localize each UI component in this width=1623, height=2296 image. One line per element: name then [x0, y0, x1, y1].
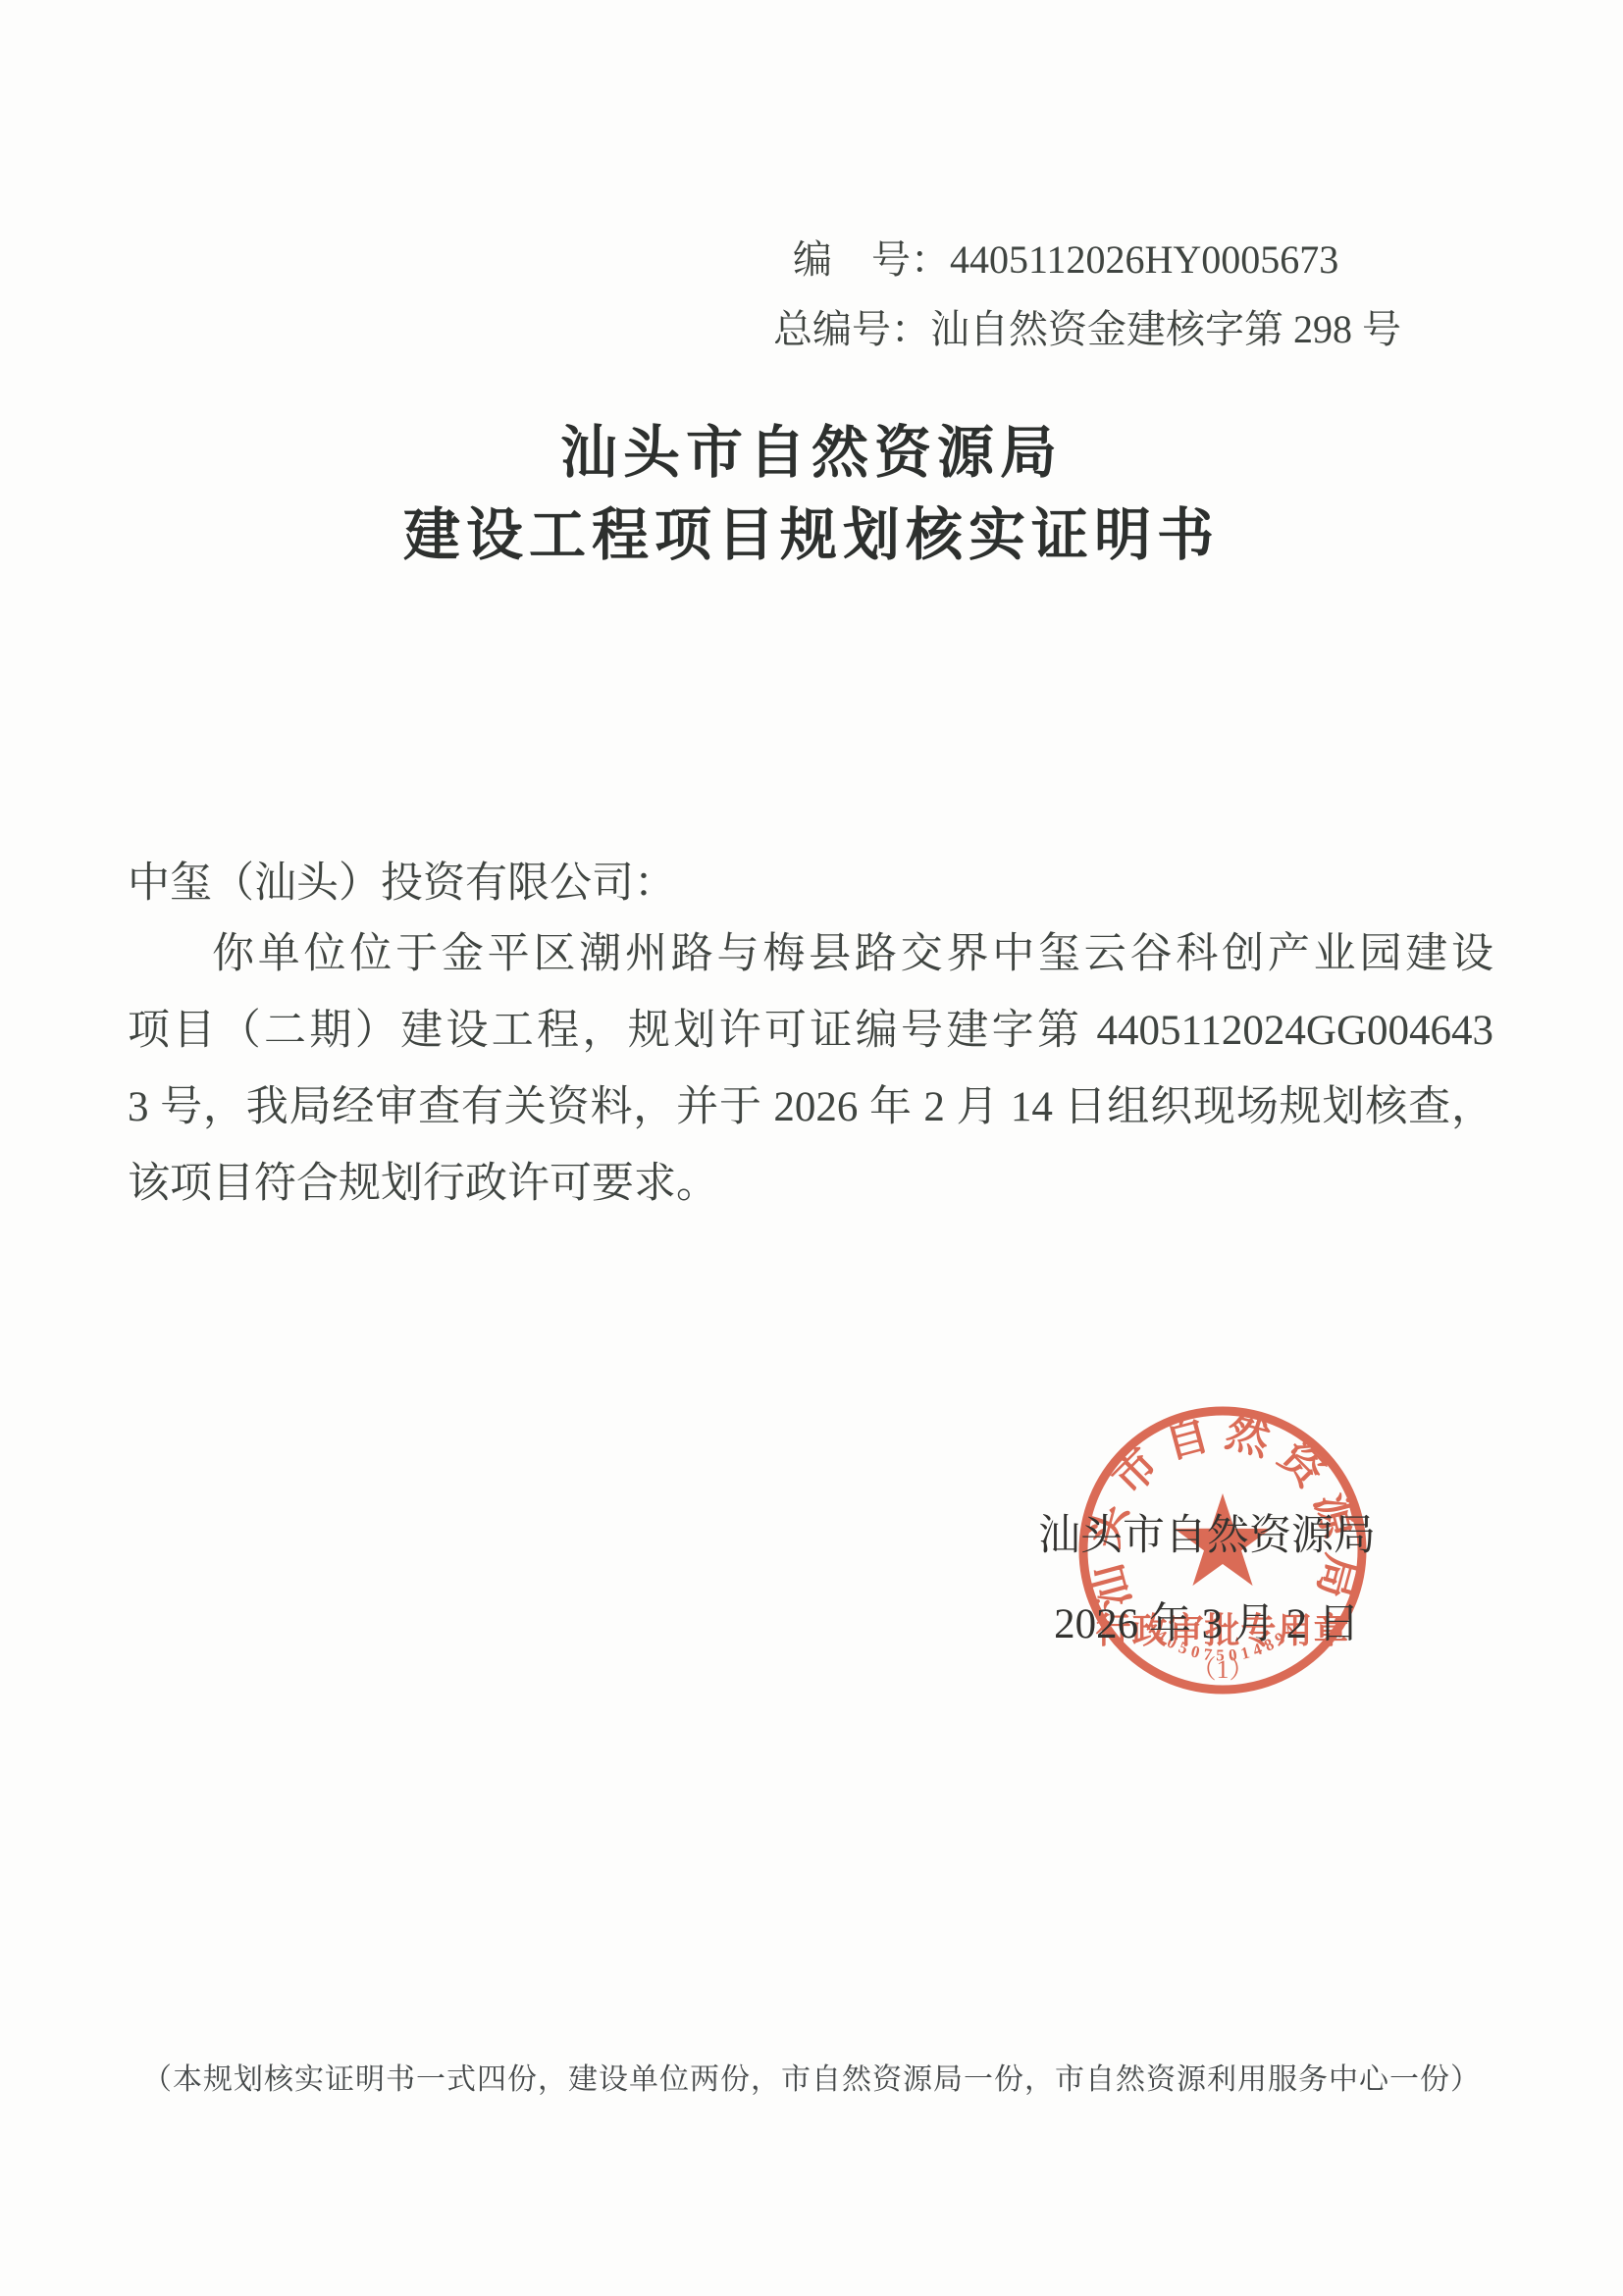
- document-page: 编 号：4405112026HY0005673 总编号：汕自然资金建核字第 29…: [0, 0, 1623, 2296]
- document-title: 汕头市自然资源局 建设工程项目规划核实证明书: [0, 412, 1623, 577]
- master-number-label: 总编号：: [773, 307, 930, 351]
- signature-date: 2026 年 3 月 2 日: [1006, 1599, 1408, 1688]
- master-number-value: 汕自然资金建核字第 298 号: [930, 307, 1401, 351]
- signature-block: 汕头市自然资源局 2026 年 3 月 2 日: [1006, 1511, 1408, 1688]
- signature-org: 汕头市自然资源局: [1006, 1511, 1408, 1599]
- paragraph-line: 项目（二期）建设工程，规划许可证编号建字第 4405112024GG004643: [128, 1001, 1493, 1077]
- paragraph-line: 该项目符合规划行政许可要求。: [128, 1154, 1493, 1230]
- master-number-line: 总编号：汕自然资金建核字第 298 号: [734, 262, 1401, 397]
- paragraph-line: 3 号，我局经审查有关资料，并于 2026 年 2 月 14 日组织现场规划核查…: [128, 1077, 1493, 1154]
- paragraph-line: 你单位位于金平区潮州路与梅县路交界中玺云谷科创产业园建设: [128, 924, 1493, 1001]
- footnote: （本规划核实证明书一式四份，建设单位两份，市自然资源局一份，市自然资源利用服务中…: [0, 2055, 1623, 2098]
- document-title-line2: 建设工程项目规划核实证明书: [0, 495, 1623, 577]
- document-title-line1: 汕头市自然资源局: [0, 412, 1623, 495]
- body-paragraph: 你单位位于金平区潮州路与梅县路交界中玺云谷科创产业园建设 项目（二期）建设工程，…: [128, 924, 1493, 1230]
- addressee: 中玺（汕头）投资有限公司：: [128, 850, 676, 910]
